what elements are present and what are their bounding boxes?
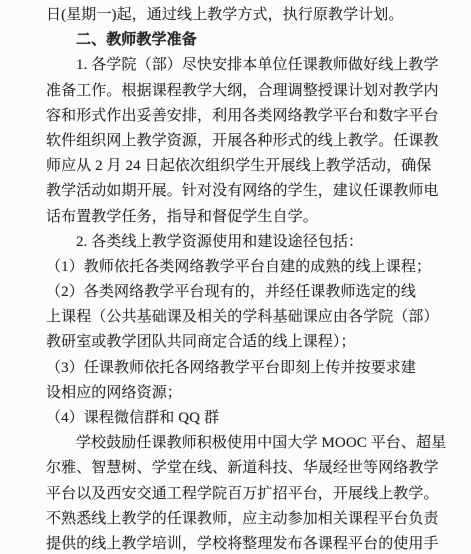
text-line: 尔雅、智慧树、学堂在线、新道科技、华晟经世等网络教学 [46, 456, 433, 481]
text-line: 日(星期一)起，通过线上教学方式，执行原教学计划。 [46, 3, 433, 28]
text-line: 2. 各类线上教学资源使用和建设途径包括： [46, 230, 433, 255]
text-line: 不熟悉线上教学的任课教师，应主动参加相关课程平台负责 [46, 507, 433, 532]
text-line: （2）各类网络教学平台现有的，并经任课教师选定的线 [46, 280, 433, 305]
text-line: 容和形式作出妥善安排，利用各类网络教学平台和数字平台 [46, 104, 433, 129]
text-line: 平台以及西安交通工程学院百万扩招平台，开展线上教学。 [46, 482, 433, 507]
text-line: 1. 各学院（部）尽快安排本单位任课教师做好线上教学 [46, 53, 433, 78]
text-line: 教学活动如期开展。针对没有网络的学生，建议任课教师电 [46, 179, 433, 204]
text-line: （4）课程微信群和 QQ 群 [46, 406, 433, 431]
document-page: 日(星期一)起，通过线上教学方式，执行原教学计划。二、教师教学准备1. 各学院（… [0, 0, 471, 554]
text-line: 学校鼓励任课教师积极使用中国大学 MOOC 平台、超星 [46, 431, 433, 456]
text-line: 设相应的网络资源； [46, 381, 433, 406]
document-text: 日(星期一)起，通过线上教学方式，执行原教学计划。二、教师教学准备1. 各学院（… [46, 3, 433, 554]
text-line: 教研室或教学团队共同商定合适的线上课程）； [46, 330, 433, 355]
text-line: 师应从 2 月 24 日起依次组织学生开展线上教学活动，确保 [46, 154, 433, 179]
text-line: （3）任课教师依托各网络教学平台即刻上传并按要求建 [46, 356, 433, 381]
text-line: 准备工作。根据课程教学大纲，合理调整授课计划对教学内 [46, 79, 433, 104]
text-line: 话布置教学任务，指导和督促学生自学。 [46, 205, 433, 230]
text-line: 软件组织网上教学资源，开展各种形式的线上教学。任课教 [46, 129, 433, 154]
section-heading: 二、教师教学准备 [46, 28, 433, 53]
text-line: 上课程（公共基础课及相关的学科基础课应由各学院（部） [46, 305, 433, 330]
text-line: 提供的线上教学培训，学校将整理发布各课程平台的使用手 [46, 532, 433, 554]
text-line: （1）教师依托各类网络教学平台自建的成熟的线上课程； [46, 255, 433, 280]
